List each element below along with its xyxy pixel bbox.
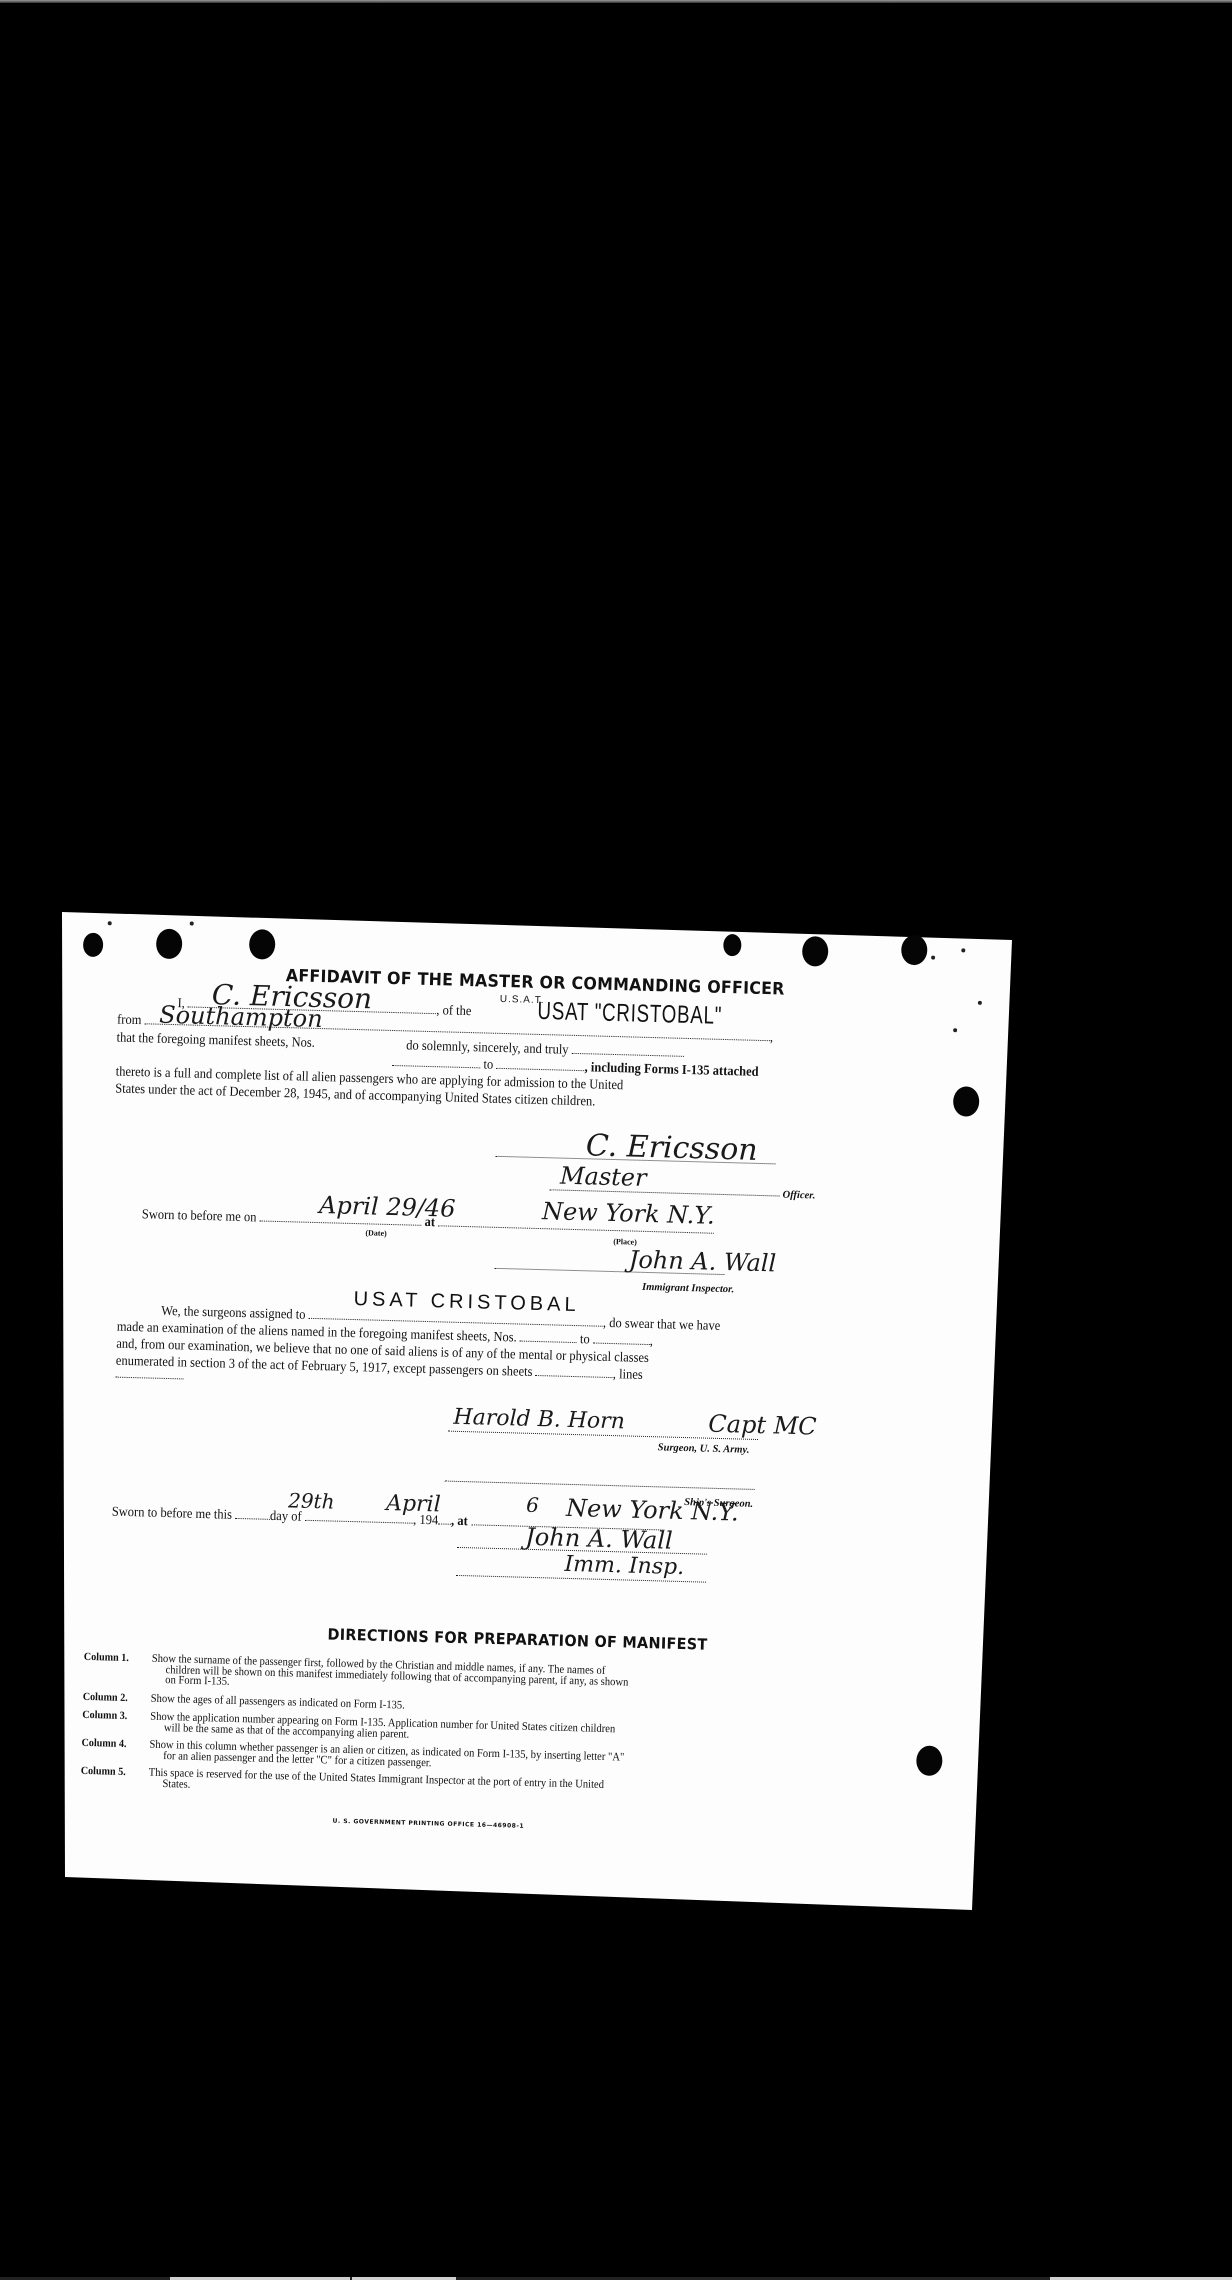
surgeon-signature: Harold B. Horn — [453, 1405, 625, 1435]
direction-column-5-text-1: This space is reserved for the use of th… — [149, 1767, 605, 1791]
surgeon-inspector-signature: John A. Wall — [525, 1523, 673, 1555]
inspector-label: Immigrant Inspector. — [642, 1282, 734, 1295]
sworn-month-handwritten: April — [386, 1491, 441, 1517]
punch-hole — [83, 933, 104, 958]
affidavit-form: AFFIDAVIT OF THE MASTER OR COMMANDING OF… — [35, 912, 1011, 1917]
speck — [190, 921, 194, 925]
sworn-date-handwritten: April 29/46 — [319, 1191, 456, 1223]
printing-office-footer: U. S. GOVERNMENT PRINTING OFFICE 16—4690… — [332, 1818, 524, 1830]
direction-column-5-label: Column 5. — [81, 1765, 126, 1778]
direction-column-1-label: Column 1. — [84, 1651, 129, 1664]
speck — [953, 1028, 957, 1032]
sworn-day-handwritten: 29th — [288, 1488, 335, 1513]
sworn-place-handwritten: New York N.Y. — [542, 1197, 715, 1230]
surgeon-inspector-title-handwritten: Imm. Insp. — [564, 1552, 684, 1580]
officer-title-line — [550, 1189, 780, 1196]
punch-hole — [901, 935, 928, 966]
speck — [961, 948, 965, 952]
sworn-year-handwritten: 6 — [526, 1493, 539, 1517]
ships-surgeon-line — [445, 1481, 755, 1490]
surgeon-army-label: Surgeon, U. S. Army. — [658, 1442, 750, 1455]
speck — [978, 1001, 982, 1005]
port-handwritten: Southampton — [159, 1001, 323, 1033]
surgeons-line-5 — [115, 1366, 183, 1384]
direction-column-4-label: Column 4. — [81, 1737, 126, 1750]
punch-hole — [916, 1745, 943, 1776]
punch-hole — [249, 929, 276, 960]
surgeon-rank-handwritten: Capt MC — [708, 1410, 817, 1441]
scan-top-edge — [0, 0, 1232, 3]
sworn-surgeon-place-handwritten: New York N.Y. — [566, 1494, 739, 1527]
speck — [931, 956, 935, 960]
punch-hole — [723, 934, 742, 956]
direction-column-5-text-2: States. — [162, 1778, 190, 1791]
direction-column-3-label: Column 3. — [82, 1709, 127, 1722]
master-title-handwritten: Master — [560, 1162, 647, 1192]
master-signature: C. Ericsson — [585, 1128, 758, 1168]
punch-hole — [953, 1086, 980, 1117]
inspector-signature: John A. Wall — [628, 1245, 776, 1277]
speck — [108, 921, 112, 925]
punch-hole — [802, 936, 829, 967]
officer-label: Officer. — [782, 1190, 815, 1202]
direction-column-1-text-3: on Form I-135. — [165, 1674, 230, 1688]
direction-column-2-text-1: Show the ages of all passengers as indic… — [151, 1693, 405, 1712]
direction-column-2-label: Column 2. — [83, 1691, 128, 1704]
punch-hole — [156, 929, 183, 960]
date-caption: (Date) — [365, 1228, 387, 1238]
